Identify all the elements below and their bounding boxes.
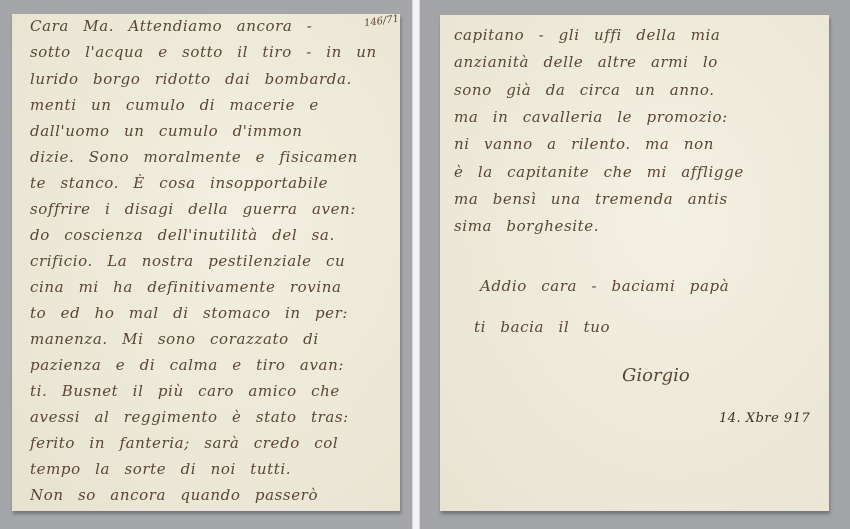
letter-line: cina mi ha definitivamente rovina [12, 277, 400, 297]
letter-line: avessi al reggimento è stato tras: [12, 407, 400, 427]
letter-line: ma bensì una tremenda antis [440, 189, 829, 209]
letter-line: ti. Busnet il più caro amico che [12, 381, 400, 401]
letter-line: manenza. Mi sono corazzato di [12, 329, 400, 349]
letter-line: dall'uomo un cumulo d'immon [12, 121, 400, 141]
letter-date: 14. Xbre 917 [719, 411, 810, 426]
letter-line: pazienza e di calma e tiro avan: [12, 355, 400, 375]
letter-line: è la capitanite che mi affligge [440, 162, 829, 182]
letter-line: ferito in fanteria; sarà credo col [12, 433, 400, 453]
closing-kiss: ti bacia il tuo [474, 318, 610, 336]
letter-line: dizie. Sono moralmente e fisicamen [12, 147, 400, 167]
letter-line: do coscienza dell'inutilità del sa. [12, 225, 400, 245]
letter-line: te stanco. È cosa insopportabile [12, 173, 400, 193]
letter-page-right: capitano - gli uffi della mia anzianità … [440, 15, 829, 511]
closing-greeting: Addio cara - baciami papà [480, 277, 729, 295]
letter-line: sono già da circa un anno. [440, 80, 829, 100]
letter-line: menti un cumulo di macerie e [12, 95, 400, 115]
letter-line: ma in cavalleria le promozio: [440, 107, 829, 127]
letter-line: to ed ho mal di stomaco in per: [12, 303, 400, 323]
letter-line: soffrire i disagi della guerra aven: [12, 199, 400, 219]
letter-line: Cara Ma. Attendiamo ancora - [12, 16, 400, 36]
letter-line: Non so ancora quando passerò [12, 485, 400, 505]
signature: Giorgio [622, 365, 690, 386]
letter-line: ni vanno a rilento. ma non [440, 134, 829, 154]
letter-line: sotto l'acqua e sotto il tiro - in un [12, 42, 400, 62]
letter-page-left: 146/71 Cara Ma. Attendiamo ancora - sott… [12, 14, 400, 511]
letter-line: tempo la sorte di noi tutti. [12, 459, 400, 479]
letter-line: capitano - gli uffi della mia [440, 25, 829, 45]
letter-line: lurido borgo ridotto dai bombarda. [12, 69, 400, 89]
letter-line: crificio. La nostra pestilenziale cu [12, 251, 400, 271]
letter-line: sima borghesite. [440, 216, 829, 236]
panel-divider [412, 0, 420, 529]
letter-line: anzianità delle altre armi lo [440, 52, 829, 72]
